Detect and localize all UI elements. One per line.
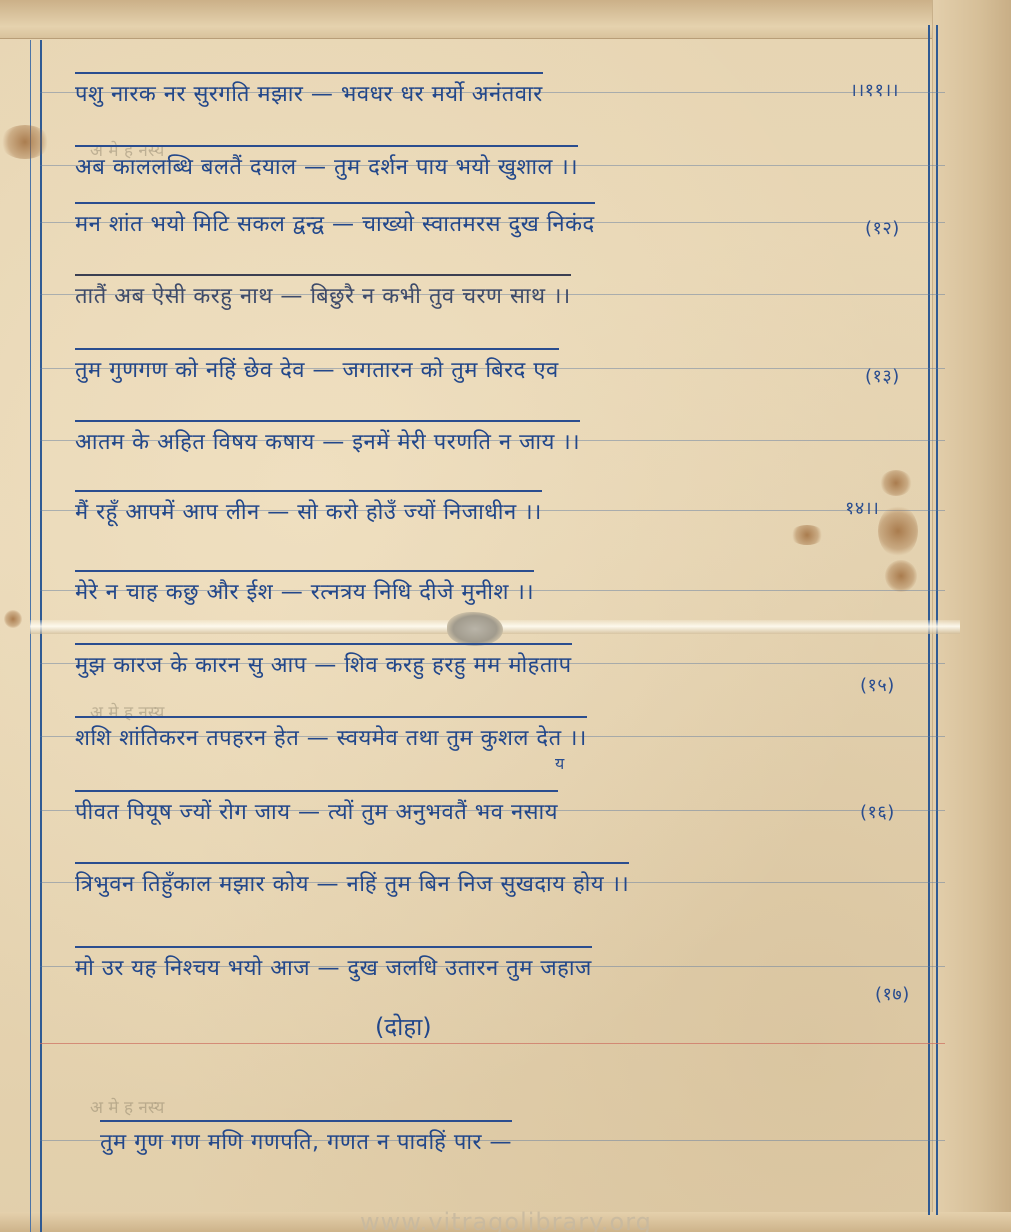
- manuscript-line-3: मन शांत भयो मिटि सकल द्वन्द्व — चाख्यो स…: [75, 202, 595, 242]
- manuscript-line-4: तातैं अब ऐसी करहु नाथ — बिछुरै न कभी तुव…: [75, 274, 571, 314]
- verse-number: (१६): [860, 800, 895, 824]
- manuscript-line-1: पशु नारक नर सुरगति मझार — भवधर धर मर्यो …: [75, 72, 543, 112]
- line-text: मो उर यह निश्चय भयो आज — दुख जलधि उतारन …: [75, 946, 592, 982]
- doha-heading: (दोहा): [375, 1010, 432, 1043]
- manuscript-line-13: मो उर यह निश्चय भयो आज — दुख जलधि उतारन …: [75, 946, 592, 986]
- stain: [878, 505, 918, 557]
- manuscript-page: अ मे ह नस्य अ मे ह नस्य अ मे ह नस्य पशु …: [0, 0, 1011, 1232]
- manuscript-line-9: मुझ कारज के कारन सु आप — शिव करहु हरहु म…: [75, 643, 572, 683]
- bleedthrough-text: अ मे ह नस्य: [90, 1095, 164, 1118]
- left-margin-line: [30, 40, 31, 1232]
- manuscript-line-6: आतम के अहित विषय कषाय — इनमें मेरी परणति…: [75, 420, 580, 460]
- left-margin-line: [40, 40, 42, 1232]
- stain: [0, 125, 50, 159]
- manuscript-line-8: मेरे न चाह कछु और ईश — रत्नत्रय निधि दीज…: [75, 570, 534, 610]
- verse-number: १४।।: [845, 496, 879, 520]
- verse-number: (१५): [860, 673, 895, 697]
- stain: [4, 610, 22, 628]
- interlinear-correction: य: [555, 752, 564, 774]
- stain: [885, 560, 917, 592]
- paper-hole: [447, 612, 503, 646]
- line-text: मुझ कारज के कारन सु आप — शिव करहु हरहु म…: [75, 643, 572, 679]
- line-text: तुम गुण गण मणि गणपति, गणत न पावहिं पार —: [100, 1120, 512, 1156]
- manuscript-line-7: मैं रहूँ आपमें आप लीन — सो करो होउँ ज्यो…: [75, 490, 542, 530]
- line-text: शशि शांतिकरन तपहरन हेत — स्वयमेव तथा तुम…: [75, 716, 587, 752]
- line-text: तातैं अब ऐसी करहु नाथ — बिछुरै न कभी तुव…: [75, 274, 571, 310]
- line-text: पीवत पियूष ज्यों रोग जाय — त्यों तुम अनु…: [75, 790, 558, 826]
- paper-top-edge: [0, 0, 1011, 39]
- manuscript-line-12: त्रिभुवन तिहुँकाल मझार कोय — नहिं तुम बि…: [75, 862, 629, 902]
- verse-number: ।।११।।: [850, 78, 899, 102]
- manuscript-line-final: तुम गुण गण मणि गणपति, गणत न पावहिं पार —: [100, 1120, 512, 1160]
- line-text: मैं रहूँ आपमें आप लीन — सो करो होउँ ज्यो…: [75, 490, 542, 526]
- line-text: मन शांत भयो मिटि सकल द्वन्द्व — चाख्यो स…: [75, 202, 595, 238]
- stain: [880, 470, 912, 496]
- line-text: त्रिभुवन तिहुँकाल मझार कोय — नहिं तुम बि…: [75, 862, 629, 898]
- manuscript-line-10: शशि शांतिकरन तपहरन हेत — स्वयमेव तथा तुम…: [75, 716, 587, 756]
- ruled-line-red: [40, 1043, 945, 1044]
- stain: [790, 525, 824, 545]
- line-text: आतम के अहित विषय कषाय — इनमें मेरी परणति…: [75, 420, 580, 456]
- line-text: अब काललब्धि बलतैं दयाल — तुम दर्शन पाय भ…: [75, 145, 578, 181]
- verse-number: (१२): [865, 216, 900, 240]
- manuscript-line-2: अब काललब्धि बलतैं दयाल — तुम दर्शन पाय भ…: [75, 145, 578, 185]
- line-text: पशु नारक नर सुरगति मझार — भवधर धर मर्यो …: [75, 72, 543, 108]
- watermark: www.vitragolibrary.org: [360, 1208, 652, 1232]
- manuscript-line-5: तुम गुणगण को नहिं छेव देव — जगतारन को तु…: [75, 348, 559, 388]
- manuscript-line-11: पीवत पियूष ज्यों रोग जाय — त्यों तुम अनु…: [75, 790, 558, 830]
- line-text: तुम गुणगण को नहिं छेव देव — जगतारन को तु…: [75, 348, 559, 384]
- paper-right-edge: [932, 0, 1011, 1232]
- verse-number: (१७): [875, 982, 910, 1006]
- verse-number: (१३): [865, 364, 900, 388]
- line-text: मेरे न चाह कछु और ईश — रत्नत्रय निधि दीज…: [75, 570, 534, 606]
